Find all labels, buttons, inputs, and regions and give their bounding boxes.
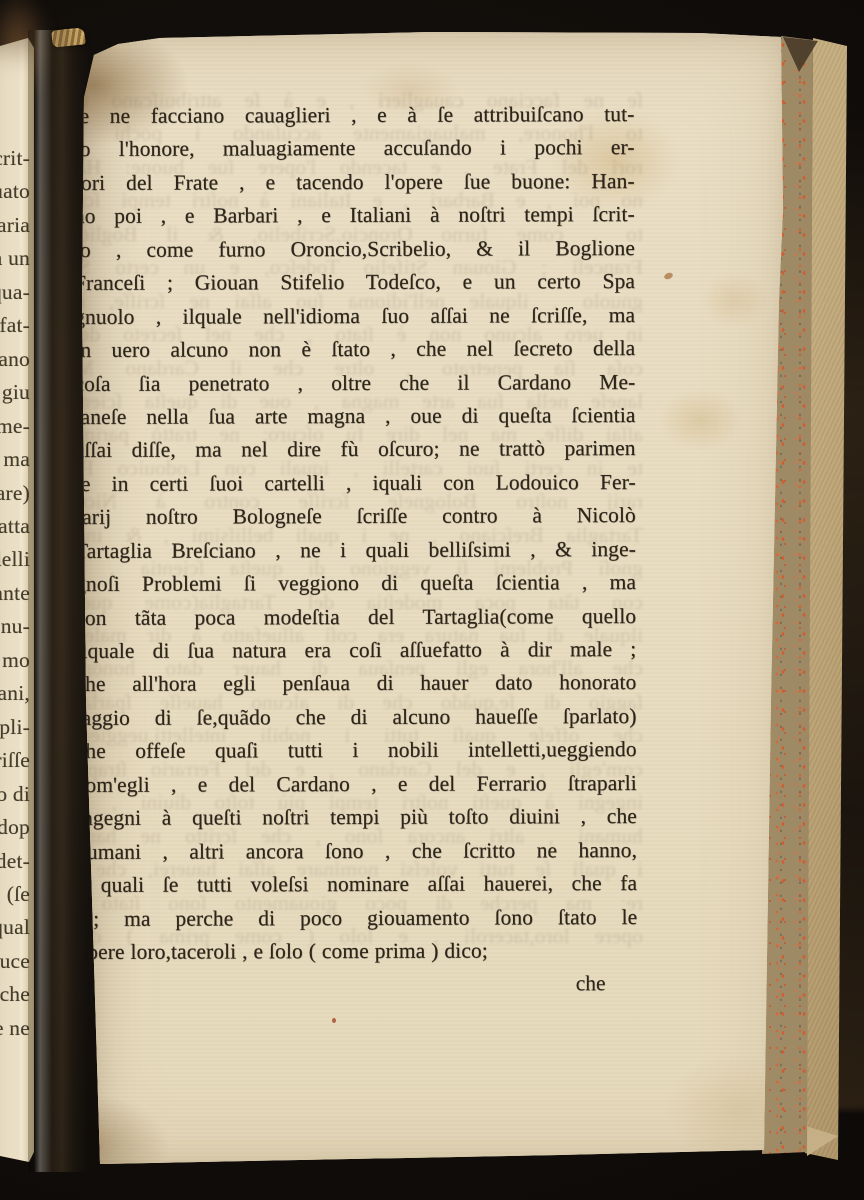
facing-page-fragment: dop [0, 811, 30, 844]
text-line: re; ma perche di poco giouamento ſono ſt… [76, 901, 637, 936]
text-line: gnoſi Problemi ſi veggiono di queſta ſci… [75, 566, 636, 601]
facing-page-fragment: e ne [0, 1012, 30, 1045]
text-line: ingegni à queſti noſtri tempi più toſto … [76, 800, 637, 835]
catchword: che [76, 967, 637, 1002]
text-line: rarij noſtro Bologneſe ſcriſſe contro à … [75, 499, 636, 534]
facing-page-fragment: fat- [0, 309, 30, 342]
text-line: com'egli , e del Cardano , e del Ferrari… [76, 767, 637, 802]
text-line: gnuolo , ilquale nell'idioma ſuo aſſai n… [74, 299, 635, 334]
facing-page-fragment: o di [0, 778, 30, 811]
text-line: con tãta poca modeſtia del Tartaglia(com… [75, 600, 636, 635]
paper-fleck [663, 272, 674, 281]
facing-page-fragment: ipli- [0, 711, 30, 744]
facing-page-fragment: me- [0, 410, 30, 443]
text-line: Franceſi ; Giouan Stifelio Todeſco, e un… [74, 265, 635, 300]
text-line: ſaggio di ſe,quãdo che di alcuno haueſſe… [76, 700, 637, 735]
text-line: to , come furno Oroncio,Scribelio, & il … [74, 232, 635, 267]
facing-page-fragment: a un [0, 242, 30, 275]
facing-page-fragment: uce [0, 945, 30, 978]
headband [51, 27, 86, 47]
text-line: in uero alcuno non è ſtato , che nel ſec… [74, 332, 635, 367]
facing-page-fragment: raria [0, 209, 30, 242]
text-line: che offeſe quaſi tutti i nobili intellet… [76, 733, 637, 768]
facing-page-fragment: ani, [0, 677, 30, 710]
text-line: opere loro,taceroli , e ſolo ( come prim… [76, 934, 637, 969]
text-line: aſſai diſſe, ma nel dire fù oſcuro; ne t… [75, 432, 636, 467]
text-line: laneſe nella ſua arte magna , oue di que… [74, 399, 635, 434]
text-line: Tartaglia Breſciano , ne i quali belliſs… [75, 533, 636, 568]
facing-page-fragment: ma [0, 443, 30, 476]
facing-page-fragment: fatta [0, 510, 30, 543]
text-line: te in certi ſuoi cartelli , iquali con L… [75, 466, 636, 501]
facing-page-fragment: mo [0, 644, 30, 677]
text-line: rori del Frate , e tacendo l'opere ſue b… [74, 165, 635, 200]
facing-page-fragment: are) [0, 477, 30, 510]
text-line: humani , altri ancora ſono , che ſcritto… [76, 834, 637, 869]
page-text-block: ſe ne facciano cauaglieri , e à ſe attri… [73, 98, 637, 1003]
facing-page-fragment: uato [0, 175, 30, 208]
facing-page-line-fragments: ſcrit-uatorariaa unqua-fat-ianogiume-maa… [0, 142, 30, 1045]
facing-page-fragment: (ſe [0, 878, 30, 911]
facing-page-fragment: ante [0, 577, 30, 610]
facing-page-fragment: riſſe [0, 744, 30, 777]
facing-page-fragment: nu- [0, 610, 30, 643]
facing-page-edge: ſcrit-uatorariaa unqua-fat-ianogiume-maa… [0, 38, 34, 1162]
facing-page-fragment: giu [0, 376, 30, 409]
text-line: to l'honore, maluagiamente accuſando i p… [74, 131, 635, 166]
facing-page-fragment: che [0, 978, 30, 1011]
facing-page-fragment: delli [0, 543, 30, 576]
text-line: i quali ſe tutti voleſsi nominare aſſai … [76, 867, 637, 902]
facing-page-fragment: ſcrit- [0, 142, 30, 175]
text-line: che all'hora egli penſaua di hauer dato … [75, 666, 636, 701]
book-page: ſe ne facciano cauaglieri , e à ſe attri… [70, 30, 790, 1170]
text-line: ſe ne facciano cauaglieri , e à ſe attri… [73, 98, 634, 133]
facing-page-fragment: det- [0, 845, 30, 878]
text-line: no poi , e Barbari , e Italiani à noſtri… [74, 198, 635, 233]
text-line: ilquale di ſua natura era coſi aſſuefatt… [75, 633, 636, 668]
text-line: coſa ſia penetrato , oltre che il Cardan… [74, 366, 635, 401]
facing-page-fragment: qual [0, 911, 30, 944]
facing-page-fragment: qua- [0, 276, 30, 309]
book-photo: ſcrit-uatorariaa unqua-fat-ianogiume-maa… [0, 0, 864, 1200]
facing-page-fragment: iano [0, 343, 30, 376]
red-speck [332, 1018, 336, 1023]
gutter-shadow [28, 30, 88, 1172]
text-lines: ſe ne facciano cauaglieri , e à ſe attri… [73, 98, 637, 969]
